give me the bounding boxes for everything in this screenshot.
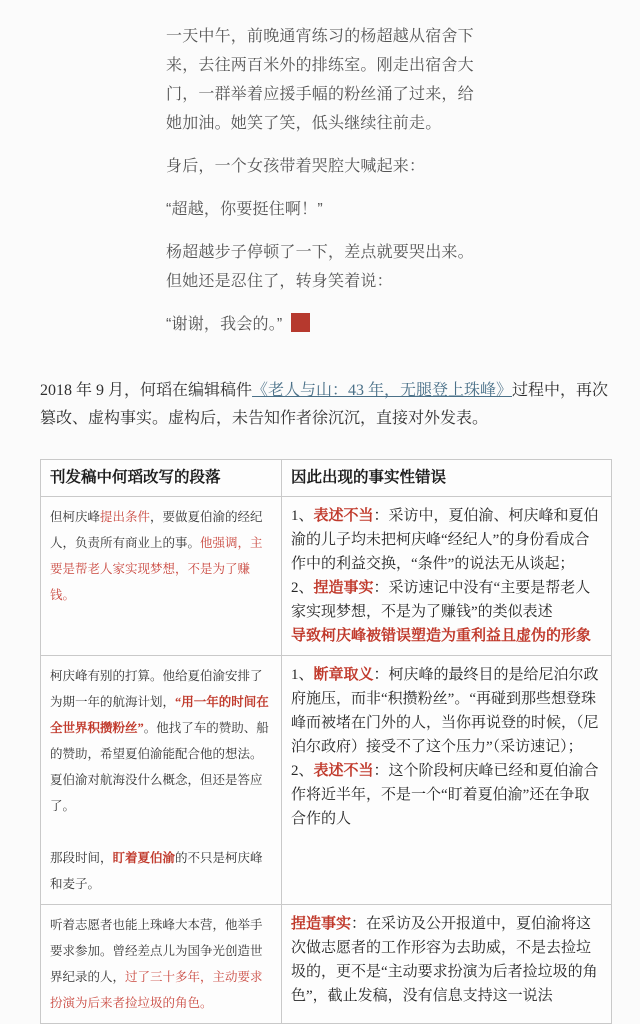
- table-cell-factual-errors: 1、表述不当：采访中，夏伯渝、柯庆峰和夏伯渝的儿子均未把柯庆峰“经纪人”的身份看…: [282, 497, 612, 656]
- table-row: 柯庆峰有别的打算。他给夏伯渝安排了为期一年的航海计划，“用一年的时间在全世界积攒…: [41, 656, 612, 905]
- text-segment: 提出条件: [100, 510, 150, 524]
- text-segment: 1、: [291, 508, 314, 524]
- table-header-right: 因此出现的事实性错误: [282, 460, 612, 497]
- table-cell-rewritten-passage: 听着志愿者也能上珠峰大本营，他举手要求参加。曾经差点儿为国争光创造世界纪录的人，…: [41, 905, 282, 1024]
- table-cell-factual-errors: 1、断章取义：柯庆峰的最终目的是给尼泊尔政府施压，而非“积攒粉丝”。“再碰到那些…: [282, 656, 612, 905]
- story-paragraph: 杨超越步子停顿了一下，差点就要哭出来。 但她还是忍住了，转身笑着说：: [166, 238, 480, 296]
- text-segment: 表述不当: [314, 763, 374, 779]
- story-block: 一天中午，前晚通宵练习的杨超越从宿舍下来，去往两百米外的排练室。刚走出宿舍大门，…: [166, 0, 480, 339]
- table-cell-rewritten-passage: 柯庆峰有别的打算。他给夏伯渝安排了为期一年的航海计划，“用一年的时间在全世界积攒…: [41, 656, 282, 905]
- fact-check-table: 刊发稿中何瑫改写的段落 因此出现的事实性错误 但柯庆峰提出条件，要做夏伯渝的经纪…: [40, 459, 612, 1024]
- text-segment: 捏造事实: [291, 916, 351, 932]
- text-segment: 导致柯庆峰被错误塑造为重利益且虚伪的形象: [291, 628, 591, 644]
- text-segment: 但柯庆峰: [50, 510, 100, 524]
- story-closing-quote: “谢谢，我会的。”: [166, 316, 282, 333]
- article-link[interactable]: 《老人与山：43 年，无腿登上珠峰》: [252, 382, 512, 399]
- text-segment: 2018 年 9 月，何瑫在编辑稿件: [40, 382, 252, 399]
- story-paragraph-with-endmark: “谢谢，我会的。”: [166, 310, 480, 339]
- table-cell-rewritten-passage: 但柯庆峰提出条件，要做夏伯渝的经纪人，负责所有商业上的事。他强调，主要是帮老人家…: [41, 497, 282, 656]
- table-header-left: 刊发稿中何瑫改写的段落: [41, 460, 282, 497]
- story-paragraph: “超越，你要挺住啊！”: [166, 195, 480, 224]
- text-segment: 表述不当: [314, 508, 374, 524]
- table-row: 听着志愿者也能上珠峰大本营，他举手要求参加。曾经差点儿为国争光创造世界纪录的人，…: [41, 905, 612, 1024]
- story-paragraph: 一天中午，前晚通宵练习的杨超越从宿舍下来，去往两百米外的排练室。刚走出宿舍大门，…: [166, 22, 480, 138]
- text-segment: 。他找了车的赞助、船的赞助，希望夏伯渝能配合他的想法。夏伯渝对航海没什么概念，但…: [50, 721, 269, 865]
- table-cell-factual-errors: 捏造事实：在采访及公开报道中，夏伯渝将这次做志愿者的工作形容为去助威，不是去捡垃…: [282, 905, 612, 1024]
- table-header-row: 刊发稿中何瑫改写的段落 因此出现的事实性错误: [41, 460, 612, 497]
- text-segment: 盯着夏伯渝: [113, 851, 176, 865]
- table-row: 但柯庆峰提出条件，要做夏伯渝的经纪人，负责所有商业上的事。他强调，主要是帮老人家…: [41, 497, 612, 656]
- text-segment: 捏造事实: [314, 580, 374, 596]
- story-paragraph: 身后，一个女孩带着哭腔大喊起来：: [166, 152, 480, 181]
- text-segment: 1、: [291, 667, 314, 683]
- intro-paragraph: 2018 年 9 月，何瑫在编辑稿件《老人与山：43 年，无腿登上珠峰》过程中，…: [40, 377, 612, 433]
- text-segment: 断章取义: [314, 667, 374, 683]
- end-mark-square: [291, 313, 310, 332]
